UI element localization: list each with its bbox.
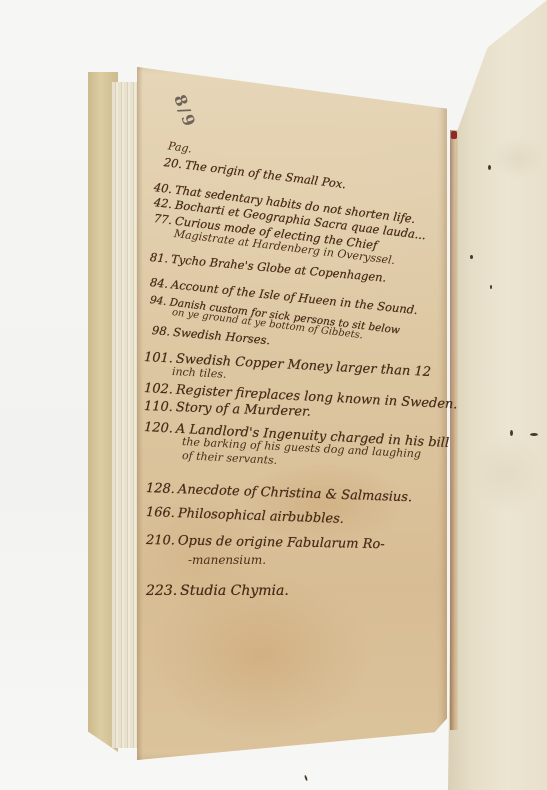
page-number: 101. xyxy=(144,350,174,366)
ink-speck xyxy=(490,285,492,289)
page-number: 81. xyxy=(149,250,168,266)
page-number: 20. xyxy=(163,155,183,171)
photo-scene: 8/9 Pag. 20.The origin of the Small Pox.… xyxy=(0,0,547,790)
page-number: 223. xyxy=(146,583,177,599)
page-number: 42. xyxy=(153,195,173,211)
headband xyxy=(451,131,457,139)
ink-speck xyxy=(470,255,473,259)
ink-speck xyxy=(304,775,308,781)
page-number: 102. xyxy=(144,381,174,397)
page-number: 40. xyxy=(153,180,173,196)
page-number: 120. xyxy=(144,420,174,436)
ink-speck xyxy=(510,430,513,436)
page-number: 210. xyxy=(146,533,175,549)
page-shadow xyxy=(137,67,143,760)
page-number: 128. xyxy=(146,481,175,497)
page-number: 98. xyxy=(151,323,170,339)
ink-speck xyxy=(530,433,538,436)
page-number: 77. xyxy=(153,211,173,227)
page-number: 166. xyxy=(146,505,175,521)
page-number: 110. xyxy=(144,399,173,415)
page-number: 94. xyxy=(149,294,167,308)
entry-continuation: inch tiles. xyxy=(172,365,227,381)
entry-text: Studia Chymia. xyxy=(180,583,289,599)
book-gutter xyxy=(450,130,458,730)
page-block-edges xyxy=(112,82,140,748)
right-facing-page xyxy=(448,0,547,790)
page-number: 84. xyxy=(149,275,169,291)
ink-speck xyxy=(488,165,491,170)
index-entry: 223.Studia Chymia. xyxy=(146,583,289,599)
entry-continuation: -manensium. xyxy=(188,553,266,567)
